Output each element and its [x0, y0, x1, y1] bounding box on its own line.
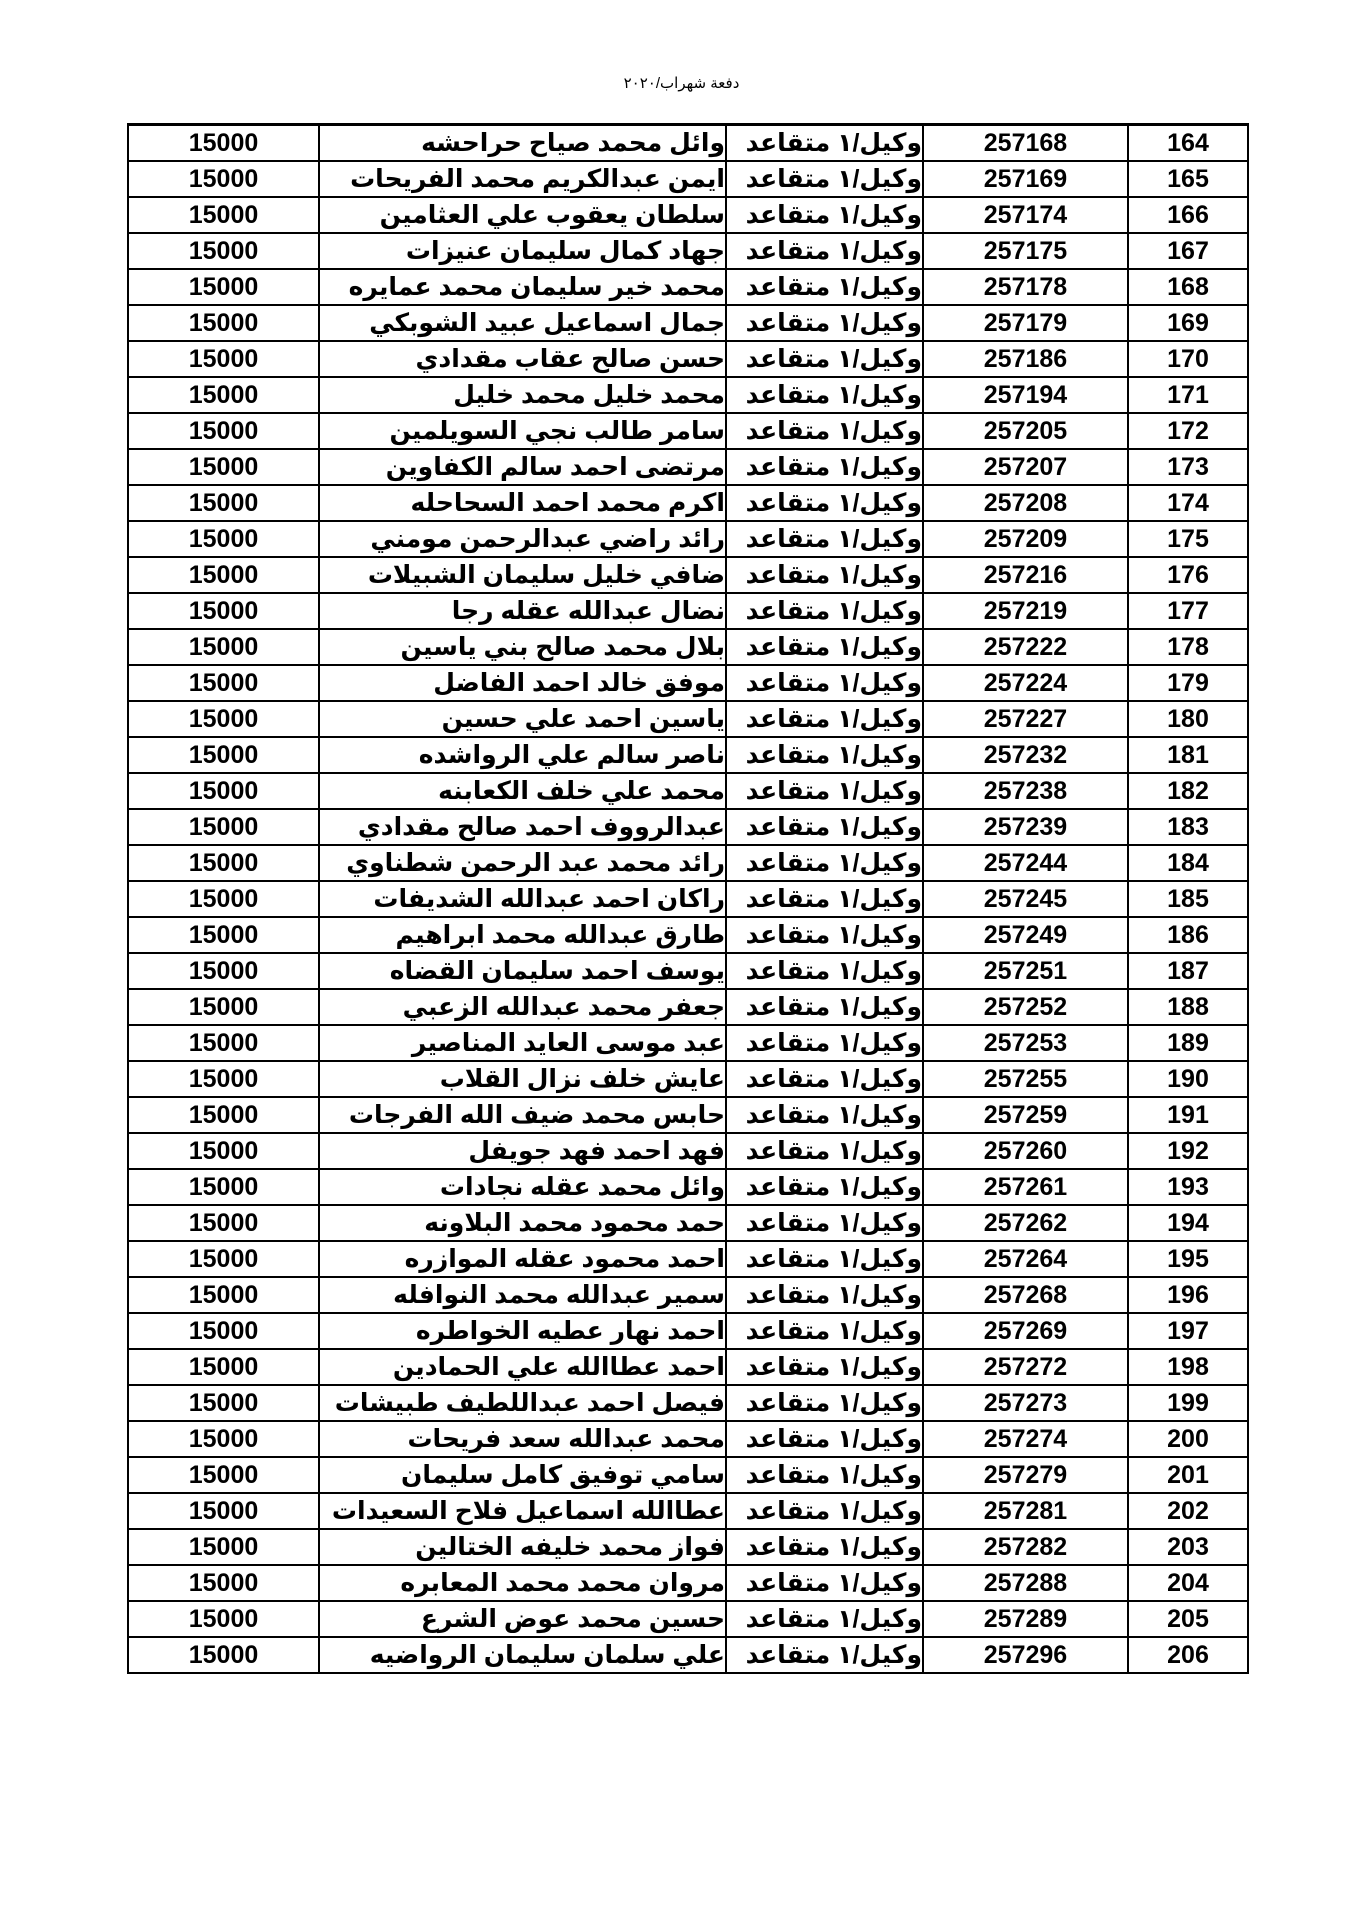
- military-id-cell: 257279: [923, 1457, 1128, 1493]
- name-cell: محمد خليل محمد خليل: [319, 377, 726, 413]
- name-cell: جهاد كمال سليمان عنيزات: [319, 233, 726, 269]
- table-row: 181 257232 وكيل/١ متقاعد ناصر سالم علي ا…: [128, 737, 1248, 773]
- amount-cell: 15000: [128, 701, 319, 737]
- amount-cell: 15000: [128, 413, 319, 449]
- military-id-cell: 257168: [923, 125, 1128, 162]
- military-id-cell: 257174: [923, 197, 1128, 233]
- rank-cell: وكيل/١ متقاعد: [726, 161, 923, 197]
- name-cell: حابس محمد ضيف الله الفرجات: [319, 1097, 726, 1133]
- serial-number-cell: 190: [1128, 1061, 1248, 1097]
- name-cell: سامر طالب نجي السويلمين: [319, 413, 726, 449]
- rank-cell: وكيل/١ متقاعد: [726, 1349, 923, 1385]
- name-cell: ضافي خليل سليمان الشبيلات: [319, 557, 726, 593]
- table-row: 165 257169 وكيل/١ متقاعد ايمن عبدالكريم …: [128, 161, 1248, 197]
- rank-cell: وكيل/١ متقاعد: [726, 1025, 923, 1061]
- serial-number-cell: 192: [1128, 1133, 1248, 1169]
- name-cell: جعفر محمد عبدالله الزعبي: [319, 989, 726, 1025]
- table-row: 182 257238 وكيل/١ متقاعد محمد علي خلف ال…: [128, 773, 1248, 809]
- amount-cell: 15000: [128, 773, 319, 809]
- table-row: 206 257296 وكيل/١ متقاعد علي سلمان سليما…: [128, 1637, 1248, 1673]
- rank-cell: وكيل/١ متقاعد: [726, 413, 923, 449]
- rank-cell: وكيل/١ متقاعد: [726, 341, 923, 377]
- table-row: 184 257244 وكيل/١ متقاعد رائد محمد عبد ا…: [128, 845, 1248, 881]
- serial-number-cell: 173: [1128, 449, 1248, 485]
- military-id-cell: 257264: [923, 1241, 1128, 1277]
- military-id-cell: 257273: [923, 1385, 1128, 1421]
- serial-number-cell: 177: [1128, 593, 1248, 629]
- table-row: 205 257289 وكيل/١ متقاعد حسين محمد عوض ا…: [128, 1601, 1248, 1637]
- table-row: 172 257205 وكيل/١ متقاعد سامر طالب نجي ا…: [128, 413, 1248, 449]
- rank-cell: وكيل/١ متقاعد: [726, 557, 923, 593]
- name-cell: مروان محمد محمد المعابره: [319, 1565, 726, 1601]
- rank-cell: وكيل/١ متقاعد: [726, 1097, 923, 1133]
- rank-cell: وكيل/١ متقاعد: [726, 917, 923, 953]
- name-cell: فواز محمد خليفه الختالين: [319, 1529, 726, 1565]
- amount-cell: 15000: [128, 485, 319, 521]
- name-cell: فهد احمد فهد جويفل: [319, 1133, 726, 1169]
- amount-cell: 15000: [128, 1097, 319, 1133]
- rank-cell: وكيل/١ متقاعد: [726, 125, 923, 162]
- military-id-cell: 257179: [923, 305, 1128, 341]
- serial-number-cell: 181: [1128, 737, 1248, 773]
- name-cell: حسين محمد عوض الشرع: [319, 1601, 726, 1637]
- table-row: 200 257274 وكيل/١ متقاعد محمد عبدالله سع…: [128, 1421, 1248, 1457]
- serial-number-cell: 179: [1128, 665, 1248, 701]
- name-cell: مرتضى احمد سالم الكفاوين: [319, 449, 726, 485]
- rank-cell: وكيل/١ متقاعد: [726, 1529, 923, 1565]
- serial-number-cell: 165: [1128, 161, 1248, 197]
- rank-cell: وكيل/١ متقاعد: [726, 305, 923, 341]
- table-row: 167 257175 وكيل/١ متقاعد جهاد كمال سليما…: [128, 233, 1248, 269]
- table-row: 190 257255 وكيل/١ متقاعد عايش خلف نزال ا…: [128, 1061, 1248, 1097]
- name-cell: رائد محمد عبد الرحمن شطناوي: [319, 845, 726, 881]
- serial-number-cell: 187: [1128, 953, 1248, 989]
- military-id-cell: 257239: [923, 809, 1128, 845]
- serial-number-cell: 164: [1128, 125, 1248, 162]
- amount-cell: 15000: [128, 1457, 319, 1493]
- table-row: 201 257279 وكيل/١ متقاعد سامي توفيق كامل…: [128, 1457, 1248, 1493]
- military-id-cell: 257205: [923, 413, 1128, 449]
- military-id-cell: 257281: [923, 1493, 1128, 1529]
- table-row: 170 257186 وكيل/١ متقاعد حسن صالح عقاب م…: [128, 341, 1248, 377]
- military-id-cell: 257175: [923, 233, 1128, 269]
- name-cell: ياسين احمد علي حسين: [319, 701, 726, 737]
- table-row: 193 257261 وكيل/١ متقاعد وائل محمد عقله …: [128, 1169, 1248, 1205]
- amount-cell: 15000: [128, 341, 319, 377]
- name-cell: عبدالرووف احمد صالح مقدادي: [319, 809, 726, 845]
- amount-cell: 15000: [128, 1601, 319, 1637]
- serial-number-cell: 194: [1128, 1205, 1248, 1241]
- military-id-cell: 257268: [923, 1277, 1128, 1313]
- amount-cell: 15000: [128, 233, 319, 269]
- rank-cell: وكيل/١ متقاعد: [726, 845, 923, 881]
- name-cell: ايمن عبدالكريم محمد الفريحات: [319, 161, 726, 197]
- table-row: 183 257239 وكيل/١ متقاعد عبدالرووف احمد …: [128, 809, 1248, 845]
- table-row: 202 257281 وكيل/١ متقاعد عطاالله اسماعيل…: [128, 1493, 1248, 1529]
- rank-cell: وكيل/١ متقاعد: [726, 485, 923, 521]
- name-cell: فيصل احمد عبداللطيف طبيشات: [319, 1385, 726, 1421]
- name-cell: احمد عطاالله علي الحمادين: [319, 1349, 726, 1385]
- amount-cell: 15000: [128, 1349, 319, 1385]
- military-id-cell: 257186: [923, 341, 1128, 377]
- amount-cell: 15000: [128, 881, 319, 917]
- rank-cell: وكيل/١ متقاعد: [726, 197, 923, 233]
- amount-cell: 15000: [128, 1205, 319, 1241]
- serial-number-cell: 180: [1128, 701, 1248, 737]
- name-cell: رائد راضي عبدالرحمن مومني: [319, 521, 726, 557]
- military-id-cell: 257255: [923, 1061, 1128, 1097]
- amount-cell: 15000: [128, 557, 319, 593]
- table-row: 175 257209 وكيل/١ متقاعد رائد راضي عبدال…: [128, 521, 1248, 557]
- table-row: 178 257222 وكيل/١ متقاعد بلال محمد صالح …: [128, 629, 1248, 665]
- rank-cell: وكيل/١ متقاعد: [726, 629, 923, 665]
- name-cell: جمال اسماعيل عبيد الشوبكي: [319, 305, 726, 341]
- military-id-cell: 257253: [923, 1025, 1128, 1061]
- serial-number-cell: 185: [1128, 881, 1248, 917]
- serial-number-cell: 201: [1128, 1457, 1248, 1493]
- amount-cell: 15000: [128, 1493, 319, 1529]
- amount-cell: 15000: [128, 989, 319, 1025]
- name-cell: محمد خير سليمان محمد عمايره: [319, 269, 726, 305]
- rank-cell: وكيل/١ متقاعد: [726, 1313, 923, 1349]
- military-id-cell: 257244: [923, 845, 1128, 881]
- amount-cell: 15000: [128, 1277, 319, 1313]
- military-id-cell: 257259: [923, 1097, 1128, 1133]
- rank-cell: وكيل/١ متقاعد: [726, 1565, 923, 1601]
- serial-number-cell: 189: [1128, 1025, 1248, 1061]
- amount-cell: 15000: [128, 917, 319, 953]
- serial-number-cell: 175: [1128, 521, 1248, 557]
- amount-cell: 15000: [128, 1529, 319, 1565]
- military-id-cell: 257251: [923, 953, 1128, 989]
- table-row: 188 257252 وكيل/١ متقاعد جعفر محمد عبدال…: [128, 989, 1248, 1025]
- serial-number-cell: 178: [1128, 629, 1248, 665]
- amount-cell: 15000: [128, 665, 319, 701]
- name-cell: محمد عبدالله سعد فريحات: [319, 1421, 726, 1457]
- military-id-cell: 257289: [923, 1601, 1128, 1637]
- name-cell: بلال محمد صالح بني ياسين: [319, 629, 726, 665]
- serial-number-cell: 172: [1128, 413, 1248, 449]
- rank-cell: وكيل/١ متقاعد: [726, 1385, 923, 1421]
- table-row: 169 257179 وكيل/١ متقاعد جمال اسماعيل عب…: [128, 305, 1248, 341]
- name-cell: طارق عبدالله محمد ابراهيم: [319, 917, 726, 953]
- name-cell: عبد موسى العايد المناصير: [319, 1025, 726, 1061]
- rank-cell: وكيل/١ متقاعد: [726, 521, 923, 557]
- serial-number-cell: 206: [1128, 1637, 1248, 1673]
- serial-number-cell: 197: [1128, 1313, 1248, 1349]
- rank-cell: وكيل/١ متقاعد: [726, 953, 923, 989]
- amount-cell: 15000: [128, 449, 319, 485]
- table-row: 171 257194 وكيل/١ متقاعد محمد خليل محمد …: [128, 377, 1248, 413]
- name-cell: حمد محمود محمد البلاونه: [319, 1205, 726, 1241]
- page-title: دفعة شهراب/٢٠٢٠: [0, 74, 1363, 92]
- military-id-cell: 257269: [923, 1313, 1128, 1349]
- serial-number-cell: 200: [1128, 1421, 1248, 1457]
- table-row: 179 257224 وكيل/١ متقاعد موفق خالد احمد …: [128, 665, 1248, 701]
- amount-cell: 15000: [128, 1565, 319, 1601]
- military-id-cell: 257296: [923, 1637, 1128, 1673]
- rank-cell: وكيل/١ متقاعد: [726, 1241, 923, 1277]
- serial-number-cell: 174: [1128, 485, 1248, 521]
- name-cell: نضال عبدالله عقله رجا: [319, 593, 726, 629]
- amount-cell: 15000: [128, 377, 319, 413]
- military-id-cell: 257178: [923, 269, 1128, 305]
- military-id-cell: 257194: [923, 377, 1128, 413]
- table-row: 187 257251 وكيل/١ متقاعد يوسف احمد سليما…: [128, 953, 1248, 989]
- military-id-cell: 257227: [923, 701, 1128, 737]
- military-id-cell: 257232: [923, 737, 1128, 773]
- rank-cell: وكيل/١ متقاعد: [726, 1493, 923, 1529]
- name-cell: موفق خالد احمد الفاضل: [319, 665, 726, 701]
- amount-cell: 15000: [128, 737, 319, 773]
- table-row: 185 257245 وكيل/١ متقاعد راكان احمد عبدا…: [128, 881, 1248, 917]
- military-id-cell: 257222: [923, 629, 1128, 665]
- name-cell: علي سلمان سليمان الرواضيه: [319, 1637, 726, 1673]
- military-id-cell: 257208: [923, 485, 1128, 521]
- name-cell: ناصر سالم علي الرواشده: [319, 737, 726, 773]
- rank-cell: وكيل/١ متقاعد: [726, 737, 923, 773]
- name-cell: احمد محمود عقله الموازره: [319, 1241, 726, 1277]
- table-row: 168 257178 وكيل/١ متقاعد محمد خير سليمان…: [128, 269, 1248, 305]
- table-row: 195 257264 وكيل/١ متقاعد احمد محمود عقله…: [128, 1241, 1248, 1277]
- serial-number-cell: 171: [1128, 377, 1248, 413]
- rank-cell: وكيل/١ متقاعد: [726, 809, 923, 845]
- table-row: 197 257269 وكيل/١ متقاعد احمد نهار عطيه …: [128, 1313, 1248, 1349]
- name-cell: سلطان يعقوب علي العثامين: [319, 197, 726, 233]
- serial-number-cell: 204: [1128, 1565, 1248, 1601]
- table-row: 166 257174 وكيل/١ متقاعد سلطان يعقوب علي…: [128, 197, 1248, 233]
- name-cell: احمد نهار عطيه الخواطره: [319, 1313, 726, 1349]
- military-id-cell: 257207: [923, 449, 1128, 485]
- name-cell: اكرم محمد احمد السحاحله: [319, 485, 726, 521]
- table-row: 164 257168 وكيل/١ متقاعد وائل محمد صياح …: [128, 125, 1248, 162]
- rank-cell: وكيل/١ متقاعد: [726, 773, 923, 809]
- amount-cell: 15000: [128, 1169, 319, 1205]
- rank-cell: وكيل/١ متقاعد: [726, 269, 923, 305]
- table-row: 180 257227 وكيل/١ متقاعد ياسين احمد علي …: [128, 701, 1248, 737]
- rank-cell: وكيل/١ متقاعد: [726, 1205, 923, 1241]
- serial-number-cell: 203: [1128, 1529, 1248, 1565]
- rank-cell: وكيل/١ متقاعد: [726, 701, 923, 737]
- serial-number-cell: 205: [1128, 1601, 1248, 1637]
- serial-number-cell: 196: [1128, 1277, 1248, 1313]
- name-cell: حسن صالح عقاب مقدادي: [319, 341, 726, 377]
- serial-number-cell: 199: [1128, 1385, 1248, 1421]
- rank-cell: وكيل/١ متقاعد: [726, 1457, 923, 1493]
- military-id-cell: 257224: [923, 665, 1128, 701]
- rank-cell: وكيل/١ متقاعد: [726, 665, 923, 701]
- rank-cell: وكيل/١ متقاعد: [726, 1601, 923, 1637]
- serial-number-cell: 166: [1128, 197, 1248, 233]
- amount-cell: 15000: [128, 197, 319, 233]
- rank-cell: وكيل/١ متقاعد: [726, 1421, 923, 1457]
- roster-table: 164 257168 وكيل/١ متقاعد وائل محمد صياح …: [127, 123, 1249, 1674]
- military-id-cell: 257274: [923, 1421, 1128, 1457]
- table-row: 189 257253 وكيل/١ متقاعد عبد موسى العايد…: [128, 1025, 1248, 1061]
- table-row: 204 257288 وكيل/١ متقاعد مروان محمد محمد…: [128, 1565, 1248, 1601]
- rank-cell: وكيل/١ متقاعد: [726, 1637, 923, 1673]
- rank-cell: وكيل/١ متقاعد: [726, 881, 923, 917]
- table-row: 198 257272 وكيل/١ متقاعد احمد عطاالله عل…: [128, 1349, 1248, 1385]
- amount-cell: 15000: [128, 305, 319, 341]
- table-row: 203 257282 وكيل/١ متقاعد فواز محمد خليفه…: [128, 1529, 1248, 1565]
- military-id-cell: 257209: [923, 521, 1128, 557]
- military-id-cell: 257238: [923, 773, 1128, 809]
- name-cell: سمير عبدالله محمد النوافله: [319, 1277, 726, 1313]
- amount-cell: 15000: [128, 1385, 319, 1421]
- military-id-cell: 257169: [923, 161, 1128, 197]
- serial-number-cell: 188: [1128, 989, 1248, 1025]
- name-cell: سامي توفيق كامل سليمان: [319, 1457, 726, 1493]
- rank-cell: وكيل/١ متقاعد: [726, 989, 923, 1025]
- table-row: 199 257273 وكيل/١ متقاعد فيصل احمد عبدال…: [128, 1385, 1248, 1421]
- name-cell: وائل محمد صياح حراحشه: [319, 125, 726, 162]
- military-id-cell: 257245: [923, 881, 1128, 917]
- name-cell: وائل محمد عقله نجادات: [319, 1169, 726, 1205]
- rank-cell: وكيل/١ متقاعد: [726, 1169, 923, 1205]
- rank-cell: وكيل/١ متقاعد: [726, 233, 923, 269]
- military-id-cell: 257249: [923, 917, 1128, 953]
- roster-table-body: 164 257168 وكيل/١ متقاعد وائل محمد صياح …: [128, 125, 1248, 1674]
- serial-number-cell: 184: [1128, 845, 1248, 881]
- amount-cell: 15000: [128, 1241, 319, 1277]
- amount-cell: 15000: [128, 1061, 319, 1097]
- serial-number-cell: 195: [1128, 1241, 1248, 1277]
- military-id-cell: 257261: [923, 1169, 1128, 1205]
- amount-cell: 15000: [128, 1313, 319, 1349]
- name-cell: يوسف احمد سليمان القضاه: [319, 953, 726, 989]
- table-row: 194 257262 وكيل/١ متقاعد حمد محمود محمد …: [128, 1205, 1248, 1241]
- military-id-cell: 257260: [923, 1133, 1128, 1169]
- name-cell: محمد علي خلف الكعابنه: [319, 773, 726, 809]
- table-row: 177 257219 وكيل/١ متقاعد نضال عبدالله عق…: [128, 593, 1248, 629]
- amount-cell: 15000: [128, 125, 319, 162]
- serial-number-cell: 182: [1128, 773, 1248, 809]
- name-cell: عطاالله اسماعيل فلاح السعيدات: [319, 1493, 726, 1529]
- table-row: 173 257207 وكيل/١ متقاعد مرتضى احمد سالم…: [128, 449, 1248, 485]
- amount-cell: 15000: [128, 1637, 319, 1673]
- serial-number-cell: 191: [1128, 1097, 1248, 1133]
- serial-number-cell: 169: [1128, 305, 1248, 341]
- rank-cell: وكيل/١ متقاعد: [726, 1277, 923, 1313]
- serial-number-cell: 198: [1128, 1349, 1248, 1385]
- rank-cell: وكيل/١ متقاعد: [726, 593, 923, 629]
- amount-cell: 15000: [128, 593, 319, 629]
- serial-number-cell: 167: [1128, 233, 1248, 269]
- serial-number-cell: 193: [1128, 1169, 1248, 1205]
- amount-cell: 15000: [128, 809, 319, 845]
- serial-number-cell: 168: [1128, 269, 1248, 305]
- military-id-cell: 257282: [923, 1529, 1128, 1565]
- serial-number-cell: 170: [1128, 341, 1248, 377]
- name-cell: عايش خلف نزال القلاب: [319, 1061, 726, 1097]
- military-id-cell: 257252: [923, 989, 1128, 1025]
- name-cell: راكان احمد عبدالله الشديفات: [319, 881, 726, 917]
- military-id-cell: 257262: [923, 1205, 1128, 1241]
- military-id-cell: 257272: [923, 1349, 1128, 1385]
- amount-cell: 15000: [128, 269, 319, 305]
- table-row: 174 257208 وكيل/١ متقاعد اكرم محمد احمد …: [128, 485, 1248, 521]
- table-row: 196 257268 وكيل/١ متقاعد سمير عبدالله مح…: [128, 1277, 1248, 1313]
- rank-cell: وكيل/١ متقاعد: [726, 449, 923, 485]
- rank-cell: وكيل/١ متقاعد: [726, 1061, 923, 1097]
- rank-cell: وكيل/١ متقاعد: [726, 377, 923, 413]
- military-id-cell: 257216: [923, 557, 1128, 593]
- rank-cell: وكيل/١ متقاعد: [726, 1133, 923, 1169]
- amount-cell: 15000: [128, 845, 319, 881]
- table-row: 191 257259 وكيل/١ متقاعد حابس محمد ضيف ا…: [128, 1097, 1248, 1133]
- amount-cell: 15000: [128, 1133, 319, 1169]
- table-row: 176 257216 وكيل/١ متقاعد ضافي خليل سليما…: [128, 557, 1248, 593]
- table-row: 192 257260 وكيل/١ متقاعد فهد احمد فهد جو…: [128, 1133, 1248, 1169]
- serial-number-cell: 186: [1128, 917, 1248, 953]
- table-row: 186 257249 وكيل/١ متقاعد طارق عبدالله مح…: [128, 917, 1248, 953]
- amount-cell: 15000: [128, 521, 319, 557]
- military-id-cell: 257288: [923, 1565, 1128, 1601]
- serial-number-cell: 176: [1128, 557, 1248, 593]
- serial-number-cell: 202: [1128, 1493, 1248, 1529]
- amount-cell: 15000: [128, 953, 319, 989]
- amount-cell: 15000: [128, 629, 319, 665]
- amount-cell: 15000: [128, 1421, 319, 1457]
- amount-cell: 15000: [128, 1025, 319, 1061]
- serial-number-cell: 183: [1128, 809, 1248, 845]
- military-id-cell: 257219: [923, 593, 1128, 629]
- amount-cell: 15000: [128, 161, 319, 197]
